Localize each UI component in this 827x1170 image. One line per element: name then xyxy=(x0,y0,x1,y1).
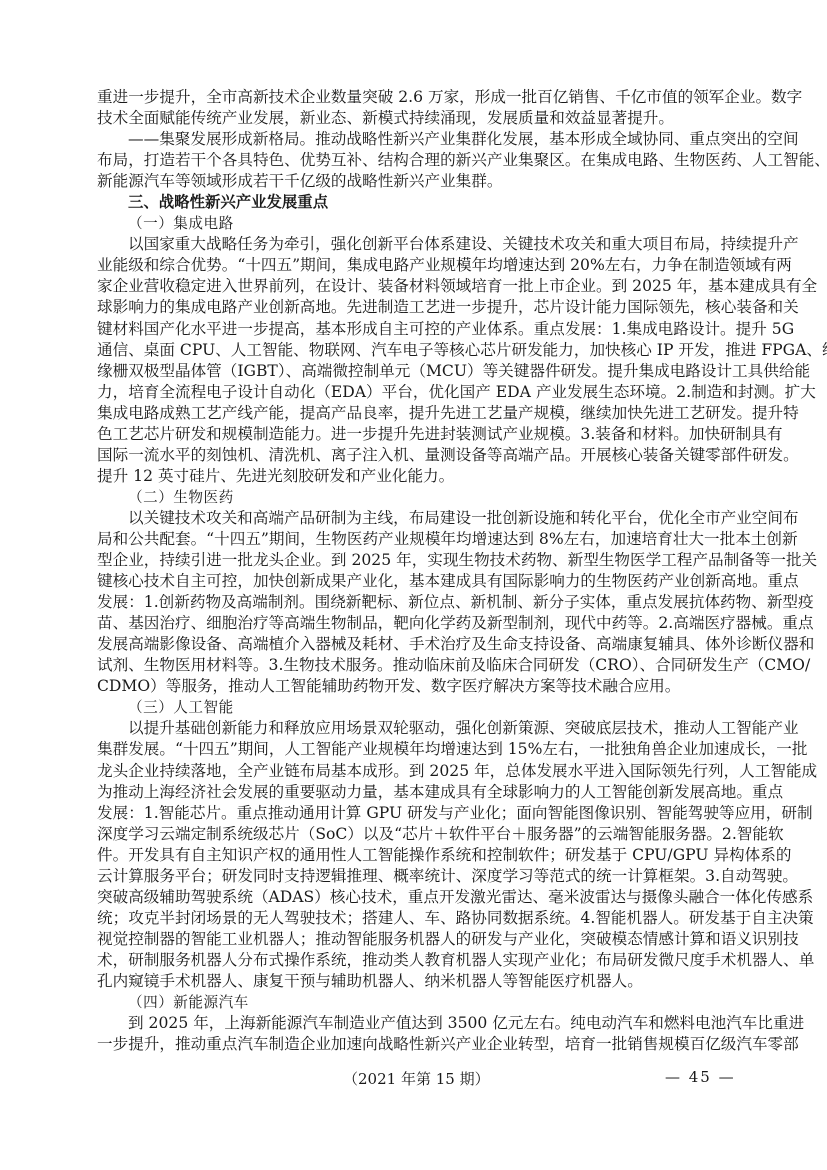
text-line: （二）生物医药 xyxy=(97,487,729,508)
text-line: （四）新能源汽车 xyxy=(97,992,729,1013)
text-line: 布局，打造若干个各具特色、优势互补、结构合理的新兴产业集聚区。在集成电路、生物医… xyxy=(97,150,729,171)
text-line: 试剂、生物医用材料等。3.生物技术服务。推动临床前及临床合同研发（CRO）、合同… xyxy=(97,655,729,676)
text-line: 三、战略性新兴产业发展重点 xyxy=(97,192,729,213)
subsection-heading: （三）人工智能 xyxy=(97,697,729,718)
subsection-heading: （二）生物医药 xyxy=(97,487,729,508)
paragraph: 以提升基础创新能力和释放应用场景双轮驱动，强化创新策源、突破底层技术，推动人工智… xyxy=(97,718,729,992)
subsection-heading: （四）新能源汽车 xyxy=(97,992,729,1013)
text-line: 发展高端影像设备、高端植介入器械及耗材、手术治疗及生命支持设备、高端康复辅具、体… xyxy=(97,634,729,655)
text-line: 色工艺芯片研发和规模制造能力。进一步提升先进封装测试产业规模。3.装备和材料。加… xyxy=(97,424,729,445)
paragraph: 到 2025 年，上海新能源汽车制造业产值达到 3500 亿元左右。纯电动汽车和… xyxy=(97,1013,729,1055)
text-line: 球影响力的集成电路产业创新高地。先进制造工艺进一步提升，芯片设计能力国际领先，核… xyxy=(97,297,729,318)
text-line: 国际一流水平的刻蚀机、清洗机、离子注入机、量测设备等高端产品。开展核心装备关键零… xyxy=(97,445,729,466)
text-line: 技术全面赋能传统产业发展，新业态、新模式持续涌现，发展质量和效益显著提升。 xyxy=(97,108,729,129)
paragraph: 以关键技术攻关和高端产品研制为主线，布局建设一批创新设施和转化平台，优化全市产业… xyxy=(97,508,729,697)
text-line: 到 2025 年，上海新能源汽车制造业产值达到 3500 亿元左右。纯电动汽车和… xyxy=(97,1013,729,1034)
text-line: 发展：1.智能芯片。重点推动通用计算 GPU 研发与产业化；面向智能图像识别、智… xyxy=(97,803,729,824)
paragraph: 重进一步提升，全市高新技术企业数量突破 2.6 万家，形成一批百亿销售、千亿市值… xyxy=(97,87,729,129)
text-line: 视觉控制器的智能工业机器人；推动智能服务机器人的研发与产业化，突破模态情感计算和… xyxy=(97,929,729,950)
text-line: 集群发展。“十四五”期间，人工智能产业规模年均增速达到 15%左右，一批独角兽企… xyxy=(97,739,729,760)
page-footer: （2021 年第 15 期） — 45 — xyxy=(0,1068,827,1090)
subsection-heading: （一）集成电路 xyxy=(97,213,729,234)
text-line: 苗、基因治疗、细胞治疗等高端生物制品，靶向化学药及新型制剂，现代中药等。2.高端… xyxy=(97,613,729,634)
issue-label: （2021 年第 15 期） xyxy=(343,1068,490,1089)
document-body: 重进一步提升，全市高新技术企业数量突破 2.6 万家，形成一批百亿销售、千亿市值… xyxy=(97,87,729,1055)
text-line: 统；攻克半封闭场景的无人驾驶技术；搭建人、车、路协同数据系统。4.智能机器人。研… xyxy=(97,908,729,929)
text-line: ——集聚发展形成新格局。推动战略性新兴产业集群化发展，基本形成全域协同、重点突出… xyxy=(97,129,729,150)
text-line: 突破高级辅助驾驶系统（ADAS）核心技术，重点开发激光雷达、毫米波雷达与摄像头融… xyxy=(97,887,729,908)
text-line: 局和公共配套。“十四五”期间，生物医药产业规模年均增速达到 8%左右，加速培育壮… xyxy=(97,529,729,550)
text-line: 云计算服务平台；研发同时支持逻辑推理、概率统计、深度学习等范式的统一计算框架。3… xyxy=(97,866,729,887)
text-line: 术，研制服务机器人分布式操作系统，推动类人教育机器人实现产业化；布局研发微尺度手… xyxy=(97,950,729,971)
page-number: — 45 — xyxy=(665,1068,736,1086)
text-line: 孔内窥镜手术机器人、康复干预与辅助机器人、纳米机器人等智能医疗机器人。 xyxy=(97,971,729,992)
text-line: 集成电路成熟工艺产线产能，提高产品良率，提升先进工艺量产规模，继续加快先进工艺研… xyxy=(97,403,729,424)
text-line: 新能源汽车等领域形成若干千亿级的战略性新兴产业集群。 xyxy=(97,171,729,192)
text-line: 型企业，持续引进一批龙头企业。到 2025 年，实现生物技术药物、新型生物医学工… xyxy=(97,550,729,571)
text-line: 提升 12 英寸硅片、先进光刻胶研发和产业化能力。 xyxy=(97,466,729,487)
text-line: 重进一步提升，全市高新技术企业数量突破 2.6 万家，形成一批百亿销售、千亿市值… xyxy=(97,87,729,108)
paragraph: 以国家重大战略任务为牵引，强化创新平台体系建设、关键技术攻关和重大项目布局，持续… xyxy=(97,234,729,487)
text-line: 龙头企业持续落地，全产业链布局基本成形。到 2025 年，总体发展水平进入国际领… xyxy=(97,761,729,782)
text-line: 以关键技术攻关和高端产品研制为主线，布局建设一批创新设施和转化平台，优化全市产业… xyxy=(97,508,729,529)
text-line: 业能级和综合优势。“十四五”期间，集成电路产业规模年均增速达到 20%左右，力争… xyxy=(97,255,729,276)
text-line: 键材料国产化水平进一步提高，基本形成自主可控的产业体系。重点发展：1.集成电路设… xyxy=(97,319,729,340)
text-line: （三）人工智能 xyxy=(97,697,729,718)
text-line: 以提升基础创新能力和释放应用场景双轮驱动，强化创新策源、突破底层技术，推动人工智… xyxy=(97,718,729,739)
text-line: 为推动上海经济社会发展的重要驱动力量，基本建成具有全球影响力的人工智能创新发展高… xyxy=(97,782,729,803)
section-heading: 三、战略性新兴产业发展重点 xyxy=(97,192,729,213)
text-line: 键核心技术自主可控，加快创新成果产业化，基本建成具有国际影响力的生物医药产业创新… xyxy=(97,571,729,592)
text-line: 一步提升，推动重点汽车制造企业加速向战略性新兴产业企业转型，培育一批销售规模百亿… xyxy=(97,1034,729,1055)
text-line: 深度学习云端定制系统级芯片（SoC）以及“芯片＋软件平台＋服务器”的云端智能服务… xyxy=(97,824,729,845)
text-line: 缘栅双极型晶体管（IGBT）、高端微控制单元（MCU）等关键器件研发。提升集成电… xyxy=(97,361,729,382)
text-line: CDMO）等服务，推动人工智能辅助药物开发、数字医疗解决方案等技术融合应用。 xyxy=(97,676,729,697)
text-line: 通信、桌面 CPU、人工智能、物联网、汽车电子等核心芯片研发能力，加快核心 IP… xyxy=(97,340,729,361)
text-line: 发展：1.创新药物及高端制剂。围绕新靶标、新位点、新机制、新分子实体，重点发展抗… xyxy=(97,592,729,613)
text-line: 力，培育全流程电子设计自动化（EDA）平台，优化国产 EDA 产业发展生态环境。… xyxy=(97,382,729,403)
text-line: （一）集成电路 xyxy=(97,213,729,234)
text-line: 以国家重大战略任务为牵引，强化创新平台体系建设、关键技术攻关和重大项目布局，持续… xyxy=(97,234,729,255)
text-line: 件。开发具有自主知识产权的通用性人工智能操作系统和控制软件；研发基于 CPU/G… xyxy=(97,845,729,866)
text-line: 家企业营收稳定进入世界前列，在设计、装备材料领域培育一批上市企业。到 2025 … xyxy=(97,276,729,297)
paragraph: ——集聚发展形成新格局。推动战略性新兴产业集群化发展，基本形成全域协同、重点突出… xyxy=(97,129,729,192)
